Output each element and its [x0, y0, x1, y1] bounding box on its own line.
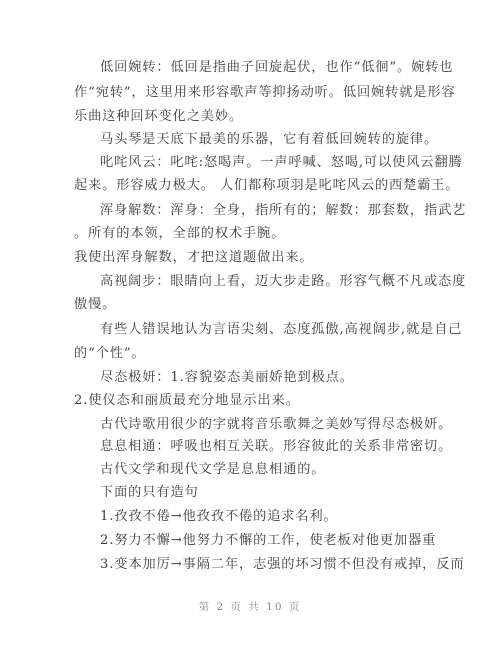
text-line: 2.努力不懈→他努力不懈的工作，使老板对他更加器重	[100, 532, 444, 550]
text-line: 低回婉转：低回是指曲子回旋起伏，也作“低徊”。婉转也	[100, 59, 444, 77]
text-line: 起来。形容威力极大。 人们都称项羽是叱咤风云的西楚霸王。	[74, 177, 418, 195]
text-line: 作“宛转”，这里用来形容歌声等抑扬动听。低回婉转就是形容	[74, 84, 418, 102]
text-line: 古代诗歌用很少的字就将音乐歌舞之美妙写得尽态极妍。	[100, 416, 444, 434]
page-number-footer: 第 2 页 共 10 页	[0, 599, 500, 615]
text-line: 。所有的本领，全部的权术手腕。	[74, 225, 418, 243]
text-line: 1.孜孜不倦→他孜孜不倦的追求名利。	[100, 508, 444, 526]
text-line: 有些人错误地认为言语尖刻、态度孤傲,高视阔步,就是自己	[100, 321, 444, 339]
text-line: 下面的只有造句	[100, 484, 444, 502]
text-line: 的“个性”。	[74, 345, 418, 363]
text-line: 马头琴是天底下最美的乐器，它有着低回婉转的旋律。	[100, 131, 444, 149]
text-line: 浑身解数：浑身：全身，指所有的；解数：那套数，指武艺	[100, 202, 444, 220]
text-line: 3.变本加厉→事隔二年，志强的坏习惯不但没有戒掉，反而	[100, 556, 444, 574]
text-line: 傲慢。	[74, 296, 418, 314]
text-line: 息息相通：呼吸也相互关联。形容彼此的关系非常密切。	[100, 438, 444, 456]
document-page: 低回婉转：低回是指曲子回旋起伏，也作“低徊”。婉转也作“宛转”，这里用来形容歌声…	[0, 0, 500, 647]
text-line: 高视阔步：眼睛向上看，迈大步走路。形容气概不凡或态度	[100, 273, 444, 291]
text-line: 古代文学和现代文学是息息相通的。	[100, 461, 444, 479]
text-line: 2.使仪态和丽质最充分地显示出来。	[74, 392, 418, 410]
text-line: 我使出浑身解数，才把这道题做出来。	[74, 249, 418, 267]
text-line: 叱咤风云：叱咤:怒喝声。一声呼喊、怒喝,可以使风云翻腾	[100, 154, 444, 172]
text-line: 尽态极妍：1.容貌姿态美丽娇艳到极点。	[100, 369, 444, 387]
text-line: 乐曲这种回环变化之美妙。	[74, 108, 418, 126]
